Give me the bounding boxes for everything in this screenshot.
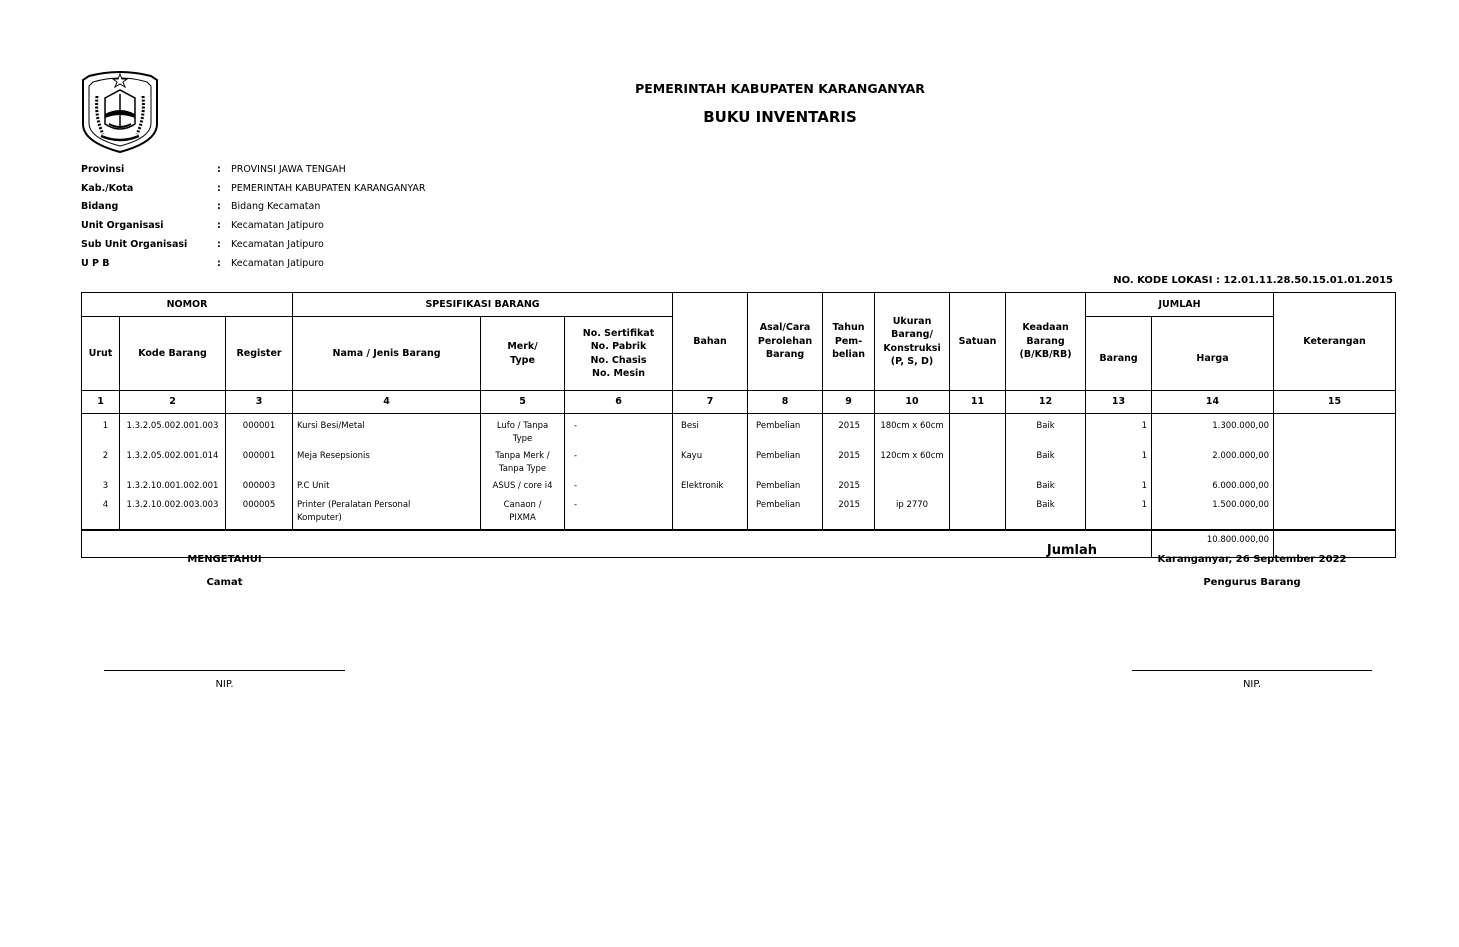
cell-ukuran: ip 2770 <box>875 495 950 530</box>
cell-harga: 1.500.000,00 <box>1152 495 1274 530</box>
table-row: 31.3.2.10.001.002.001000003P.C UnitASUS … <box>82 476 1396 495</box>
regency-emblem-logo <box>81 68 159 154</box>
info-value: Kecamatan Jatipuro <box>231 258 324 269</box>
cell-nama: Meja Resepsionis <box>293 446 481 476</box>
header-sertifikat-line: No. Pabrik <box>567 340 670 354</box>
cell-keadaan: Baik <box>1006 414 1086 447</box>
cell-urut: 2 <box>82 446 120 476</box>
cell-harga: 2.000.000,00 <box>1152 446 1274 476</box>
info-label: Sub Unit Organisasi <box>81 239 217 250</box>
cell-satuan <box>950 446 1006 476</box>
column-number: 2 <box>120 391 226 414</box>
cell-asal: Pembelian <box>748 414 823 447</box>
group-header-nomor: NOMOR <box>82 293 293 317</box>
inventory-rows: 11.3.2.05.002.001.003000001Kursi Besi/Me… <box>82 414 1396 531</box>
info-colon: : <box>217 183 231 194</box>
info-label: Unit Organisasi <box>81 220 217 231</box>
group-header-spesifikasi: SPESIFIKASI BARANG <box>293 293 673 317</box>
cell-bahan: Kayu <box>673 446 748 476</box>
column-number: 14 <box>1152 391 1274 414</box>
column-number: 11 <box>950 391 1006 414</box>
info-row-provinsi: Provinsi : PROVINSI JAWA TENGAH <box>81 160 426 179</box>
cell-nama: Printer (Peralatan Personal Komputer) <box>293 495 481 530</box>
info-colon: : <box>217 201 231 212</box>
group-header-jumlah: JUMLAH <box>1086 293 1274 317</box>
cell-asal: Pembelian <box>748 446 823 476</box>
cell-kode-barang: 1.3.2.10.001.002.001 <box>120 476 226 495</box>
cell-keadaan: Baik <box>1006 476 1086 495</box>
column-number: 3 <box>226 391 293 414</box>
cell-urut: 3 <box>82 476 120 495</box>
header-keadaan: Keadaan Barang (B/KB/RB) <box>1006 293 1086 391</box>
cell-kode-barang: 1.3.2.05.002.001.014 <box>120 446 226 476</box>
column-number: 15 <box>1274 391 1396 414</box>
cell-merk: Canaon / PIXMA <box>481 495 565 530</box>
header-ukuran: Ukuran Barang/ Konstruksi (P, S, D) <box>875 293 950 391</box>
header-keterangan: Keterangan <box>1274 293 1396 391</box>
header-sertifikat-line: No. Chasis <box>567 354 670 368</box>
info-row-upb: U P B : Kecamatan Jatipuro <box>81 254 426 273</box>
right-signature-place-date: Karanganyar, 26 September 2022 <box>1132 554 1372 565</box>
government-name: PEMERINTAH KABUPATEN KARANGANYAR <box>560 81 1000 96</box>
cell-keterangan <box>1274 476 1396 495</box>
header-tahun: Tahun Pem- belian <box>823 293 875 391</box>
left-signature-nip: NIP. <box>104 679 345 690</box>
left-signature-role: Camat <box>104 577 345 588</box>
cell-tahun: 2015 <box>823 495 875 530</box>
column-number: 13 <box>1086 391 1152 414</box>
inventory-table: NOMOR SPESIFIKASI BARANG Bahan Asal/Cara… <box>81 292 1396 558</box>
info-value: Bidang Kecamatan <box>231 201 320 212</box>
cell-keterangan <box>1274 414 1396 447</box>
column-number: 12 <box>1006 391 1086 414</box>
cell-register: 000003 <box>226 476 293 495</box>
cell-sertifikat: - <box>565 495 673 530</box>
cell-sertifikat: - <box>565 446 673 476</box>
column-number: 10 <box>875 391 950 414</box>
table-row: 11.3.2.05.002.001.003000001Kursi Besi/Me… <box>82 414 1396 447</box>
cell-keadaan: Baik <box>1006 495 1086 530</box>
cell-harga: 6.000.000,00 <box>1152 476 1274 495</box>
cell-tahun: 2015 <box>823 414 875 447</box>
cell-ukuran: 180cm x 60cm <box>875 414 950 447</box>
right-signature-nip: NIP. <box>1132 679 1372 690</box>
header-urut: Urut <box>82 317 120 391</box>
document-title: BUKU INVENTARIS <box>560 108 1000 126</box>
cell-nama: P.C Unit <box>293 476 481 495</box>
right-signature-role: Pengurus Barang <box>1132 577 1372 588</box>
info-row-bidang: Bidang : Bidang Kecamatan <box>81 198 426 217</box>
info-row-kab-kota: Kab./Kota : PEMERINTAH KABUPATEN KARANGA… <box>81 179 426 198</box>
header-jumlah-barang: Barang <box>1086 317 1152 391</box>
cell-register: 000001 <box>226 446 293 476</box>
cell-asal: Pembelian <box>748 476 823 495</box>
cell-jumlah-barang: 1 <box>1086 476 1152 495</box>
table-row: 21.3.2.05.002.001.014000001Meja Resepsio… <box>82 446 1396 476</box>
column-number: 1 <box>82 391 120 414</box>
cell-tahun: 2015 <box>823 446 875 476</box>
cell-ukuran <box>875 476 950 495</box>
cell-jumlah-barang: 1 <box>1086 495 1152 530</box>
info-block: Provinsi : PROVINSI JAWA TENGAH Kab./Kot… <box>81 160 426 273</box>
header-register: Register <box>226 317 293 391</box>
cell-tahun: 2015 <box>823 476 875 495</box>
info-row-unit-organisasi: Unit Organisasi : Kecamatan Jatipuro <box>81 216 426 235</box>
info-value: PEMERINTAH KABUPATEN KARANGANYAR <box>231 183 426 194</box>
left-signature-line <box>104 670 345 671</box>
info-label: Provinsi <box>81 164 217 175</box>
info-label: U P B <box>81 258 217 269</box>
cell-keadaan: Baik <box>1006 446 1086 476</box>
header-asal: Asal/Cara Perolehan Barang <box>748 293 823 391</box>
header-sertifikat: No. Sertifikat No. Pabrik No. Chasis No.… <box>565 317 673 391</box>
header-satuan: Satuan <box>950 293 1006 391</box>
column-number-row: 123456789101112131415 <box>82 391 1396 414</box>
cell-bahan: Besi <box>673 414 748 447</box>
cell-kode-barang: 1.3.2.05.002.001.003 <box>120 414 226 447</box>
info-colon: : <box>217 239 231 250</box>
header-harga: Harga <box>1152 317 1274 391</box>
cell-ukuran: 120cm x 60cm <box>875 446 950 476</box>
column-number: 6 <box>565 391 673 414</box>
header-sertifikat-line: No. Sertifikat <box>567 327 670 341</box>
cell-merk: ASUS / core i4 <box>481 476 565 495</box>
cell-merk: Lufo / Tanpa Type <box>481 414 565 447</box>
location-code: NO. KODE LOKASI : 12.01.11.28.50.15.01.0… <box>1113 275 1393 286</box>
header-kode-barang: Kode Barang <box>120 317 226 391</box>
column-number: 8 <box>748 391 823 414</box>
group-header-row: NOMOR SPESIFIKASI BARANG Bahan Asal/Cara… <box>82 293 1396 317</box>
table-row: 41.3.2.10.002.003.003000005Printer (Pera… <box>82 495 1396 530</box>
cell-harga: 1.300.000,00 <box>1152 414 1274 447</box>
cell-urut: 4 <box>82 495 120 530</box>
info-value: Kecamatan Jatipuro <box>231 220 324 231</box>
column-number: 4 <box>293 391 481 414</box>
cell-kode-barang: 1.3.2.10.002.003.003 <box>120 495 226 530</box>
info-label: Kab./Kota <box>81 183 217 194</box>
cell-jumlah-barang: 1 <box>1086 414 1152 447</box>
cell-sertifikat: - <box>565 414 673 447</box>
cell-register: 000001 <box>226 414 293 447</box>
info-colon: : <box>217 258 231 269</box>
cell-bahan: Elektronik <box>673 476 748 495</box>
cell-asal: Pembelian <box>748 495 823 530</box>
cell-keterangan <box>1274 446 1396 476</box>
info-colon: : <box>217 164 231 175</box>
cell-satuan <box>950 414 1006 447</box>
cell-keterangan <box>1274 495 1396 530</box>
emblem-icon <box>81 68 159 154</box>
header-bahan: Bahan <box>673 293 748 391</box>
cell-register: 000005 <box>226 495 293 530</box>
cell-sertifikat: - <box>565 476 673 495</box>
header-merk: Merk/ Type <box>481 317 565 391</box>
header-sertifikat-line: No. Mesin <box>567 367 670 381</box>
cell-satuan <box>950 476 1006 495</box>
info-value: Kecamatan Jatipuro <box>231 239 324 250</box>
left-signature-heading: MENGETAHUI <box>104 554 345 565</box>
column-number: 5 <box>481 391 565 414</box>
cell-jumlah-barang: 1 <box>1086 446 1152 476</box>
cell-satuan <box>950 495 1006 530</box>
column-number: 7 <box>673 391 748 414</box>
column-number: 9 <box>823 391 875 414</box>
cell-nama: Kursi Besi/Metal <box>293 414 481 447</box>
header-nama: Nama / Jenis Barang <box>293 317 481 391</box>
right-signature-line <box>1132 670 1372 671</box>
cell-bahan <box>673 495 748 530</box>
cell-merk: Tanpa Merk / Tanpa Type <box>481 446 565 476</box>
info-label: Bidang <box>81 201 217 212</box>
info-row-sub-unit-organisasi: Sub Unit Organisasi : Kecamatan Jatipuro <box>81 235 426 254</box>
cell-urut: 1 <box>82 414 120 447</box>
info-colon: : <box>217 220 231 231</box>
info-value: PROVINSI JAWA TENGAH <box>231 164 346 175</box>
